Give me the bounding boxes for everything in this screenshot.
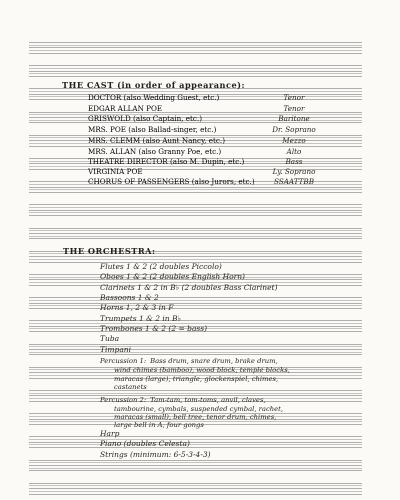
cast-member-voice: Baritone xyxy=(238,114,350,123)
percussion2-line: tambourine, cymbals, suspended cymbal, r… xyxy=(114,406,283,413)
cast-member-voice: SSAATTBB xyxy=(238,177,350,186)
cast-row: DOCTOR (also Wedding Guest, etc.)Tenor xyxy=(0,93,400,103)
instrument-line: Clarinets 1 & 2 in B♭ (2 doubles Bass Cl… xyxy=(100,284,278,292)
instrument-line: Trombones 1 & 2 (2 = bass) xyxy=(100,325,207,333)
staff-system xyxy=(29,228,362,240)
percussion1-line: castanets xyxy=(114,384,147,391)
cast-row: MRS. CLEMM (also Aunt Nancy, etc.)Mezzo xyxy=(0,136,400,146)
cast-row: VIRGINIA POELy. Soprano xyxy=(0,167,400,177)
percussion2-line: Percussion 2:Tam-tam, tom-toms, anvil, c… xyxy=(100,397,266,404)
cast-member-voice: Mezzo xyxy=(238,136,350,145)
cast-row: MRS. ALLAN (also Granny Poe, etc.)Alto xyxy=(0,147,400,157)
staff-system xyxy=(29,344,362,356)
instrument-line: Timpani xyxy=(100,346,131,354)
cast-member-voice: Tenor xyxy=(238,93,350,102)
cast-member-voice: Bass xyxy=(238,157,350,166)
instrument-line: Horns 1, 2 & 3 in F xyxy=(100,304,173,312)
instrument-line-strings: Strings (minimum: 6-5-3-4-3) xyxy=(100,451,211,459)
percussion1-label: Percussion 1: xyxy=(100,357,146,365)
cast-member-name: MRS. ALLAN (also Granny Poe, etc.) xyxy=(88,147,221,156)
cast-member-voice: Ly. Soprano xyxy=(238,167,350,176)
percussion2-items: Tam-tam, tom-toms, anvil, claves, xyxy=(150,396,265,404)
percussion2-label: Percussion 2: xyxy=(100,396,146,404)
cast-member-name: MRS. POE (also Ballad-singer, etc.) xyxy=(88,125,216,134)
percussion1-line: Percussion 1:Bass drum, snare drum, brak… xyxy=(100,358,278,365)
staff-system xyxy=(29,65,362,77)
instrument-line-piano: Piano (doubles Celesta) xyxy=(100,440,190,448)
instrument-line: Oboes 1 & 2 (2 doubles English Horn) xyxy=(100,273,245,281)
staff-system xyxy=(29,460,362,472)
instrument-line-harp: Harp xyxy=(100,430,119,438)
cast-member-name: GRISWOLD (also Captain, etc.) xyxy=(88,114,202,123)
staff-system xyxy=(29,436,362,448)
instrument-line: Flutes 1 & 2 (2 doubles Piccolo) xyxy=(100,263,222,271)
cast-member-voice: Tenor xyxy=(238,104,350,113)
cast-member-name: EDGAR ALLAN POE xyxy=(88,104,162,113)
cast-member-voice: Alto xyxy=(238,147,350,156)
cast-member-name: VIRGINIA POE xyxy=(88,167,143,176)
cast-member-name: THEATRE DIRECTOR (also M. Dupin, etc.) xyxy=(88,157,244,166)
percussion1-line: maracas (large), triangle, glockenspiel,… xyxy=(114,376,278,383)
instrument-line: Trumpets 1 & 2 in B♭ xyxy=(100,315,181,323)
cast-member-name: DOCTOR (also Wedding Guest, etc.) xyxy=(88,93,219,102)
cast-row: CHORUS OF PASSENGERS (also Jurors, etc.)… xyxy=(0,177,400,187)
cast-member-name: MRS. CLEMM (also Aunt Nancy, etc.) xyxy=(88,136,225,145)
instrument-line: Tuba xyxy=(100,335,119,343)
cast-member-name: CHORUS OF PASSENGERS (also Jurors, etc.) xyxy=(88,177,255,186)
percussion1-items: Bass drum, snare drum, brake drum, xyxy=(150,357,278,365)
cast-row: THEATRE DIRECTOR (also M. Dupin, etc.)Ba… xyxy=(0,157,400,167)
percussion2-line: maracas (small), bell tree, tenor drum, … xyxy=(114,414,276,421)
orchestra-heading: THE ORCHESTRA: xyxy=(63,247,156,255)
scanned-page: THE CAST (in order of appearance): DOCTO… xyxy=(0,0,400,500)
staff-system xyxy=(29,297,362,309)
cast-row: MRS. POE (also Ballad-singer, etc.)Dr. S… xyxy=(0,125,400,135)
cast-heading: THE CAST (in order of appearance): xyxy=(62,81,245,89)
staff-system xyxy=(29,204,362,216)
percussion1-line: wind chimes (bamboo), wood block, temple… xyxy=(114,367,290,374)
staff-system xyxy=(29,483,362,495)
instrument-line: Bassoons 1 & 2 xyxy=(100,294,159,302)
cast-member-voice: Dr. Soprano xyxy=(238,125,350,134)
cast-row: EDGAR ALLAN POETenor xyxy=(0,104,400,114)
cast-row: GRISWOLD (also Captain, etc.)Baritone xyxy=(0,114,400,124)
staff-system xyxy=(29,42,362,54)
percussion2-line: large bell in A, four gongs xyxy=(114,422,204,429)
